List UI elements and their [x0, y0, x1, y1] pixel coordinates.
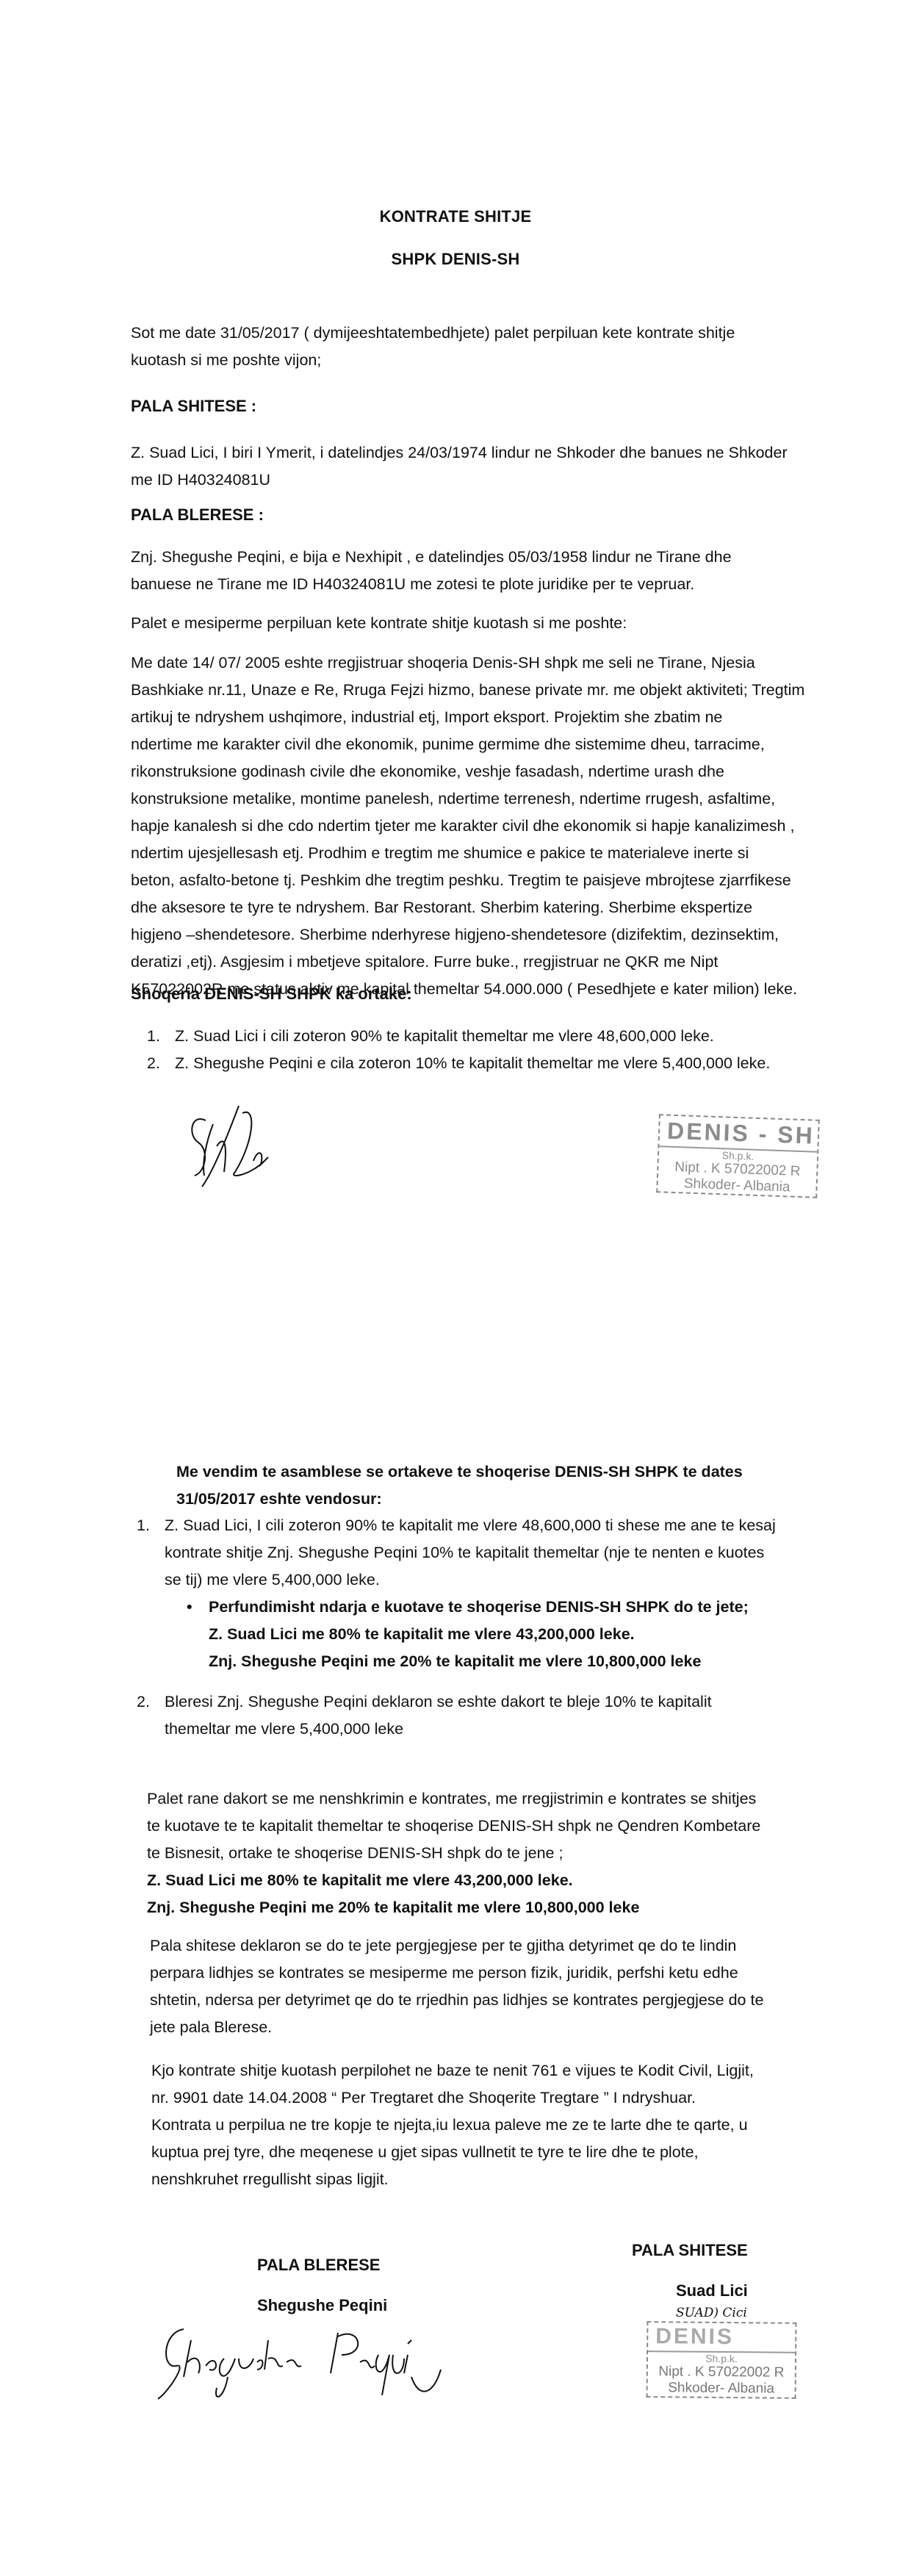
- agreement-line: te kuotave te te kapitalit themeltar te …: [147, 1813, 852, 1840]
- share-line: Z. Suad Lici me 80% te kapitalit me vler…: [209, 1621, 871, 1648]
- agreement-line: Palet rane dakort se me nenshkrimin e ko…: [147, 1785, 852, 1813]
- decision-heading-line: Me vendim te asamblese se ortakeve te sh…: [176, 1458, 911, 1486]
- stamp-city: Shkoder- Albania: [648, 2380, 795, 2397]
- buyer-line: Znj. Shegushe Peqini, e bija e Nexhipit …: [131, 544, 873, 571]
- document-subtitle: SHPK DENIS-SH: [0, 250, 911, 269]
- parties-intro: Palet e mesiperme perpiluan kete kontrat…: [131, 610, 873, 637]
- buyer-sign-name: Shegushe Peqini: [257, 2296, 387, 2315]
- bullet-icon: •: [187, 1594, 192, 1621]
- parties-intro-text: Palet e mesiperme perpiluan kete kontrat…: [131, 610, 873, 637]
- buyer-line: banuese ne Tirane me ID H40324081U me zo…: [131, 571, 873, 598]
- decision-item: 1. Z. Suad Lici, I cili zoteron 90% te k…: [129, 1512, 871, 1594]
- legal-line: nenshkruhet rregullisht sipas ligjit.: [151, 2166, 857, 2193]
- decision-heading-line: 31/05/2017 eshte vendosur:: [176, 1486, 911, 1513]
- company-line: ndertime me karakter civil dhe ekonomik,…: [131, 731, 873, 758]
- signature-page1: [184, 1106, 331, 1198]
- liability-paragraph: Pala shitese deklaron se do te jete perg…: [150, 1932, 855, 2041]
- company-line: Bashkiake nr.11, Unaze e Re, Rruga Fejzi…: [131, 677, 873, 704]
- decision-item-1: 1. Z. Suad Lici, I cili zoteron 90% te k…: [129, 1512, 871, 1675]
- buyer-signature: [154, 2325, 478, 2411]
- partner-item: 1.Z. Suad Lici i cili zoteron 90% te kap…: [140, 1023, 882, 1050]
- liability-line: shtetin, ndersa per detyrimet qe do te r…: [150, 1987, 855, 2014]
- legal-line: Kontrata u perpilua ne tre kopje te njej…: [151, 2112, 857, 2139]
- item-line: kontrate shitje Znj. Shegushe Peqini 10%…: [165, 1539, 871, 1566]
- company-line: konstruksione metalike, montime panelesh…: [131, 785, 873, 813]
- seller-line: Z. Suad Lici, I biri I Ymerit, i datelin…: [131, 439, 873, 467]
- document-title: KONTRATE SHITJE: [0, 207, 911, 226]
- partner-number: 1.: [147, 1023, 160, 1050]
- item-line: se tij) me vlere 5,400,000 leke.: [165, 1566, 871, 1594]
- partners-list: 1.Z. Suad Lici i cili zoteron 90% te kap…: [140, 1023, 882, 1077]
- item-number: 2.: [137, 1688, 150, 1716]
- company-line: hapje kanalesh si dhe cdo ndertim tjeter…: [131, 813, 873, 840]
- company-stamp-2: DENIS Sh.p.k. Nipt . K 57022002 R Shkode…: [647, 2321, 797, 2399]
- partner-item: 2.Z. Shegushe Peqini e cila zoteron 10% …: [140, 1050, 882, 1077]
- legal-line: nr. 9901 date 14.04.2008 “ Per Tregtaret…: [151, 2084, 857, 2112]
- decision-heading: Me vendim te asamblese se ortakeve te sh…: [176, 1458, 911, 1513]
- company-line: Me date 14/ 07/ 2005 eshte rregjistruar …: [131, 650, 873, 677]
- company-line: dhe aksesore te tyre te ndryshem. Bar Re…: [131, 894, 873, 921]
- partner-text: Z. Suad Lici i cili zoteron 90% te kapit…: [175, 1027, 714, 1045]
- final-distribution: • Perfundimisht ndarja e kuotave te shoq…: [165, 1594, 871, 1675]
- company-stamp: DENIS - SH Sh.p.k. Nipt . K 57022002 R S…: [656, 1114, 820, 1198]
- agreement-share-line: Znj. Shegushe Peqini me 20% te kapitalit…: [147, 1894, 852, 1921]
- seller-details: Z. Suad Lici, I biri I Ymerit, i datelin…: [131, 439, 873, 494]
- company-line: deratizi ,etj). Asgjesim i mbetjeve spit…: [131, 949, 873, 976]
- agreement-paragraph: Palet rane dakort se me nenshkrimin e ko…: [147, 1785, 852, 1921]
- seller-heading: PALA SHITESE :: [131, 397, 256, 416]
- item-line: Bleresi Znj. Shegushe Peqini deklaron se…: [165, 1688, 871, 1716]
- intro-line: kuotash si me poshte vijon;: [131, 347, 873, 374]
- partners-heading: Shoqeria DENIS-SH SHPK ka ortake:: [131, 985, 412, 1004]
- intro-paragraph: Sot me date 31/05/2017 ( dymijeeshtatemb…: [131, 320, 873, 374]
- buyer-sign-label: PALA BLERESE: [257, 2256, 380, 2275]
- legal-paragraph: Kjo kontrate shitje kuotash perpilohet n…: [151, 2057, 857, 2193]
- buyer-details: Znj. Shegushe Peqini, e bija e Nexhipit …: [131, 544, 873, 598]
- liability-line: Pala shitese deklaron se do te jete perg…: [150, 1932, 855, 1960]
- partner-number: 2.: [147, 1050, 160, 1077]
- share-line: Znj. Shegushe Peqini me 20% te kapitalit…: [209, 1648, 871, 1675]
- company-line: rikonstruksione godinash civile dhe ekon…: [131, 758, 873, 785]
- company-line: beton, asfalto-betone tj. Peshkim dhe tr…: [131, 867, 873, 894]
- company-line: artikuj te ndryshem ushqimore, industria…: [131, 704, 873, 731]
- item-number: 1.: [137, 1512, 150, 1539]
- stamp-company-name: DENIS: [648, 2323, 795, 2353]
- company-line: ndertim ujesjellesash etj. Prodhim e tre…: [131, 840, 873, 867]
- decision-item-2: 2. Bleresi Znj. Shegushe Peqini deklaron…: [129, 1688, 871, 1743]
- stamp-nipt: Nipt . K 57022002 R: [648, 2364, 795, 2381]
- decision-item: 2. Bleresi Znj. Shegushe Peqini deklaron…: [129, 1688, 871, 1743]
- intro-line: Sot me date 31/05/2017 ( dymijeeshtatemb…: [131, 320, 873, 347]
- bullet-text: Perfundimisht ndarja e kuotave te shoqer…: [209, 1594, 871, 1621]
- buyer-heading: PALA BLERESE :: [131, 506, 264, 525]
- seller-sign-name: Suad Lici: [676, 2281, 748, 2300]
- stamp-company-type: Sh.p.k.: [648, 2352, 795, 2365]
- agreement-share-line: Z. Suad Lici me 80% te kapitalit me vler…: [147, 1867, 852, 1894]
- company-line: higjeno –shendetesore. Sherbime nderhyre…: [131, 921, 873, 949]
- company-description: Me date 14/ 07/ 2005 eshte rregjistruar …: [131, 650, 873, 1003]
- item-line: Z. Suad Lici, I cili zoteron 90% te kapi…: [165, 1512, 871, 1539]
- liability-line: perpara lidhjes se kontrates se mesiperm…: [150, 1960, 855, 1987]
- seller-line: me ID H40324081U: [131, 467, 873, 494]
- legal-line: kuptua prej tyre, dhe meqenese u gjet si…: [151, 2139, 857, 2166]
- legal-line: Kjo kontrate shitje kuotash perpilohet n…: [151, 2057, 857, 2084]
- agreement-line: te Bisnesit, ortake te shoqerise DENIS-S…: [147, 1840, 852, 1867]
- item-line: themeltar me vlere 5,400,000 leke: [165, 1716, 871, 1743]
- seller-handwritten-name: SUAD) Cici: [676, 2306, 747, 2320]
- partner-text: Z. Shegushe Peqini e cila zoteron 10% te…: [175, 1054, 770, 1072]
- seller-sign-label: PALA SHITESE: [632, 2241, 748, 2260]
- stamp-company-name: DENIS - SH: [659, 1115, 818, 1152]
- liability-line: jete pala Blerese.: [150, 2014, 855, 2041]
